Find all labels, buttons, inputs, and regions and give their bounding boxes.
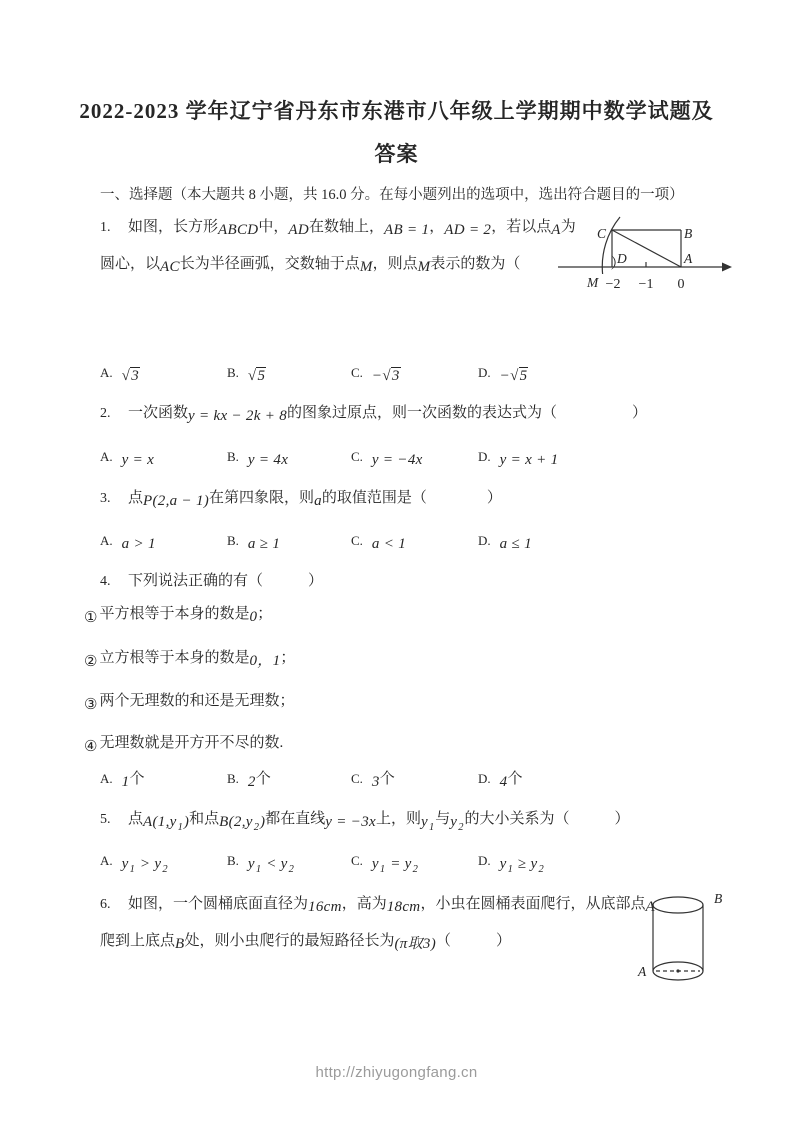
math-run: (π取3)	[395, 936, 437, 952]
label-B: B	[714, 891, 722, 906]
text-run: ，	[429, 219, 444, 235]
option-label: B.	[227, 365, 239, 380]
question-3-line-1: 3.点P(2,a − 1)在第四象限，则a的取值范围是（ ）	[100, 487, 502, 510]
option-label: C.	[351, 365, 363, 380]
math-run: y = −4x	[372, 452, 423, 468]
text-run: 圆心，以	[100, 256, 160, 272]
label-M: M	[586, 275, 599, 290]
math-run: y	[248, 856, 255, 872]
option-c: C.a < 1	[351, 530, 406, 552]
question-6-number: 6.	[100, 894, 128, 916]
radicand: 5	[256, 367, 266, 384]
text-run: 点	[128, 811, 143, 827]
text-run: ，小虫在圆桶表面爬行，从底部点	[420, 896, 645, 912]
text-run: 个	[380, 771, 395, 787]
question-4-item-2: ②立方根等于本身的数是0，1；	[84, 647, 295, 669]
question-5-options: A.y1 > y2B.y1 < y2C.y1 = y2D.y1 ≥ y2	[100, 850, 740, 878]
option-label: C.	[351, 853, 363, 868]
text-run: 处，则小虫爬行的最短路径长为	[184, 933, 394, 949]
question-1-line-2: 圆心，以AC长为半径画弧，交数轴于点M，则点M表示的数为（ ）	[100, 253, 625, 275]
math-run: y	[450, 814, 457, 830]
math-subscript: 2	[538, 864, 543, 875]
question-5-stem: 点A(1,y1)和点B(2,y2)都在直线y = −3x上，则y1与y2的大小关…	[128, 811, 629, 827]
text-run: 点	[128, 490, 143, 506]
option-b: B.y1 < y2	[227, 850, 295, 874]
tick-label-zero: 0	[678, 277, 685, 292]
question-6-stem: 如图，一个圆桶底面直径为16cm，高为18cm，小虫在圆桶表面爬行，从底部点A	[128, 896, 655, 915]
text-run: （ ）	[436, 933, 511, 949]
option-label: D.	[478, 771, 491, 786]
text-run: 都在直线	[265, 811, 325, 827]
radical-expression: −√5	[500, 368, 529, 384]
cylinder-top-ellipse	[653, 897, 703, 913]
math-run: 16cm	[308, 899, 342, 915]
text-run: 下列说法正确的有（ ）	[128, 573, 323, 589]
math-run: ≥ y	[514, 856, 538, 872]
option-label: C.	[351, 533, 363, 548]
text-run: 个	[129, 771, 144, 787]
question-6-line-2: 爬到上底点B处，则小虫爬行的最短路径长为(π取3)（ ）	[100, 930, 511, 952]
math-run: A(1,y	[143, 814, 177, 830]
option-label: D.	[478, 365, 491, 380]
math-run: M	[418, 259, 431, 275]
option-label: D.	[478, 449, 491, 464]
question-4-options: A.1个B.2个C.3个D.4个	[100, 768, 740, 796]
math-run: 4	[500, 774, 508, 790]
circled-number: ①	[84, 610, 97, 626]
text-run: 爬到上底点	[100, 933, 175, 949]
question-4-item-4: ④无理数就是开方开不尽的数.	[84, 732, 283, 754]
text-run: 个	[507, 771, 522, 787]
math-run: )	[184, 814, 189, 830]
question-5-number: 5.	[100, 809, 128, 831]
tick-label-neg1: −1	[639, 277, 654, 292]
math-run: P(2,a − 1)	[143, 493, 209, 509]
math-subscript: 2	[289, 864, 294, 875]
question-1-stem-continued: 圆心，以AC长为半径画弧，交数轴于点M，则点M表示的数为（ ）	[100, 256, 625, 275]
option-c: C.−√3	[351, 362, 401, 384]
math-run: )	[260, 814, 265, 830]
math-run: < y	[262, 856, 287, 872]
option-d: D.4个	[478, 768, 522, 790]
radical-expression: √3	[122, 368, 140, 384]
option-b: B.y = 4x	[227, 446, 288, 468]
math-run: > y	[136, 856, 161, 872]
label-D: D	[616, 251, 627, 266]
question-3-stem: 点P(2,a − 1)在第四象限，则a的取值范围是（ ）	[128, 490, 502, 509]
option-b: B.a ≥ 1	[227, 530, 280, 552]
math-run: y = x	[122, 452, 154, 468]
option-d: D.y = x + 1	[478, 446, 558, 468]
label-B: B	[684, 226, 692, 241]
text-run: 和点	[189, 811, 219, 827]
option-a: A.a > 1	[100, 530, 156, 552]
option-d: D.y1 ≥ y2	[478, 850, 545, 874]
math-run: y = kx − 2k + 8	[188, 408, 287, 424]
question-2-options: A.y = xB.y = 4xC.y = −4xD.y = x + 1	[100, 446, 740, 474]
radicand: 3	[391, 367, 401, 384]
question-5-line-1: 5.点A(1,y1)和点B(2,y2)都在直线y = −3x上，则y1与y2的大…	[100, 808, 629, 832]
math-run: y = 4x	[248, 452, 288, 468]
text-run: 平方根等于本身的数是	[99, 606, 249, 622]
text-run: ，则点	[373, 256, 418, 272]
math-run: AD = 2	[444, 222, 491, 238]
math-run: 1	[122, 774, 130, 790]
math-run: a	[314, 493, 322, 509]
circled-number: ④	[84, 739, 97, 755]
option-b: B.2个	[227, 768, 271, 790]
option-label: C.	[351, 771, 363, 786]
question-4-item-3: ③两个无理数的和还是无理数；	[84, 690, 294, 712]
math-subscript: 1	[130, 864, 135, 875]
document-title-line1: 2022-2023 学年辽宁省丹东市东港市八年级上学期期中数学试题及	[0, 100, 793, 122]
option-c: C.y1 = y2	[351, 850, 419, 874]
math-subscript: 2	[254, 822, 259, 833]
option-a: A.1个	[100, 768, 144, 790]
question-2-number: 2.	[100, 403, 128, 425]
math-subscript: 1	[178, 822, 183, 833]
math-run: y = x + 1	[500, 452, 559, 468]
cylinder-figure: B A	[630, 886, 737, 1000]
math-run: AD	[288, 222, 309, 238]
math-run: = y	[386, 856, 411, 872]
label-A: A	[683, 251, 693, 266]
math-run: y	[421, 814, 428, 830]
math-subscript: 2	[413, 864, 418, 875]
text-run: 长为半径画弧，交数轴于点	[180, 256, 360, 272]
circled-number: ③	[84, 697, 97, 713]
option-a: A.y = x	[100, 446, 154, 468]
question-2-line-1: 2.一次函数y = kx − 2k + 8的图象过原点，则一次函数的表达式为（ …	[100, 402, 647, 425]
math-run: a ≥ 1	[248, 536, 280, 552]
option-label: A.	[100, 449, 113, 464]
math-run: B(2,y	[219, 814, 253, 830]
document-title-line2: 答案	[0, 143, 793, 165]
text-run: ；	[257, 606, 272, 622]
question-4-number: 4.	[100, 571, 128, 593]
bottom-center-dot	[676, 969, 679, 972]
math-subscript: 1	[429, 822, 434, 833]
option-a: A.√3	[100, 362, 140, 384]
question-3-number: 3.	[100, 488, 128, 510]
math-run: y	[122, 856, 129, 872]
math-run: y = −3x	[325, 814, 376, 830]
question-6-line-1: 6.如图，一个圆桶底面直径为16cm，高为18cm，小虫在圆桶表面爬行，从底部点…	[100, 893, 655, 916]
text-run: ，若以点	[491, 219, 551, 235]
text-run: 如图，长方形	[128, 219, 218, 235]
math-run: ABCD	[218, 222, 258, 238]
option-c: C.3个	[351, 768, 395, 790]
math-run: 2	[248, 774, 256, 790]
math-subscript: 2	[458, 822, 463, 833]
math-subscript: 1	[508, 864, 513, 875]
question-1-number: 1.	[100, 217, 128, 239]
text-run: 无理数就是开方开不尽的数.	[99, 735, 283, 751]
option-label: C.	[351, 449, 363, 464]
question-2-stem: 一次函数y = kx − 2k + 8的图象过原点，则一次函数的表达式为（ ）	[128, 405, 647, 424]
math-run: M	[360, 259, 373, 275]
math-run: AB = 1	[384, 222, 429, 238]
question-4-stem: 下列说法正确的有（ ）	[128, 573, 323, 589]
text-run: 如图，一个圆桶底面直径为	[128, 896, 308, 912]
math-run: AC	[160, 259, 180, 275]
math-subscript: 1	[380, 864, 385, 875]
tick-label-neg2: −2	[606, 277, 621, 292]
question-6-stem-continued: 爬到上底点B处，则小虫爬行的最短路径长为(π取3)（ ）	[100, 933, 511, 952]
question-1-stem: 如图，长方形ABCD中，AD在数轴上，AB = 1，AD = 2，若以点A为	[128, 219, 576, 238]
text-run: 上，则	[376, 811, 421, 827]
text-run: 一次函数	[128, 405, 188, 421]
section-header: 一、选择题（本大题共 8 小题，共 16.0 分。在每小题列出的选项中，选出符合…	[100, 184, 684, 206]
math-run: 0	[249, 609, 257, 625]
text-run: 的取值范围是（ ）	[322, 490, 502, 506]
question-4-line-1: 4.下列说法正确的有（ ）	[100, 570, 323, 593]
question-3-options: A.a > 1B.a ≥ 1C.a < 1D.a ≤ 1	[100, 530, 740, 558]
option-label: B.	[227, 449, 239, 464]
math-run: y	[372, 856, 379, 872]
math-run: 3	[372, 774, 380, 790]
question-4-item-1: ①平方根等于本身的数是0；	[84, 603, 272, 625]
option-a: A.y1 > y2	[100, 850, 169, 874]
math-run: B	[175, 936, 184, 952]
label-A: A	[637, 964, 647, 979]
radicand: 5	[519, 367, 529, 384]
math-run: a < 1	[372, 536, 406, 552]
text-run: 个	[256, 771, 271, 787]
option-label: B.	[227, 771, 239, 786]
option-label: A.	[100, 365, 113, 380]
circled-number: ②	[84, 654, 97, 670]
label-C: C	[597, 226, 607, 241]
math-run: 0，1	[249, 653, 280, 669]
text-run: 中，	[258, 219, 288, 235]
text-run: 的图象过原点，则一次函数的表达式为（ ）	[287, 405, 647, 421]
axis-arrowhead	[722, 263, 732, 272]
math-run: a ≤ 1	[500, 536, 532, 552]
text-run: ；	[280, 650, 295, 666]
option-label: D.	[478, 533, 491, 548]
text-run: 两个无理数的和还是无理数；	[99, 693, 294, 709]
option-d: D.−√5	[478, 362, 528, 384]
text-run: 在第四象限，则	[209, 490, 314, 506]
numberline-figure: C B D A M −2 −1 0	[556, 210, 734, 300]
radical-expression: √5	[248, 368, 266, 384]
option-d: D.a ≤ 1	[478, 530, 532, 552]
text-run: 的大小关系为（ ）	[464, 811, 629, 827]
question-1-options: A.√3B.√5C.−√3D.−√5	[100, 362, 740, 390]
text-run: 在数轴上，	[309, 219, 384, 235]
option-label: B.	[227, 853, 239, 868]
exam-document-page: 2022-2023 学年辽宁省丹东市东港市八年级上学期期中数学试题及 答案 一、…	[0, 0, 793, 1122]
text-run: ，高为	[342, 896, 387, 912]
question-1-line-1: 1.如图，长方形ABCD中，AD在数轴上，AB = 1，AD = 2，若以点A为	[100, 216, 576, 239]
math-run: 18cm	[387, 899, 421, 915]
option-b: B.√5	[227, 362, 266, 384]
math-run: y	[500, 856, 507, 872]
option-label: A.	[100, 853, 113, 868]
math-subscript: 2	[162, 864, 167, 875]
option-c: C.y = −4x	[351, 446, 423, 468]
option-label: D.	[478, 853, 491, 868]
text-run: 与	[435, 811, 450, 827]
math-run: a > 1	[122, 536, 156, 552]
footer-url: http://zhiyugongfang.cn	[0, 1062, 793, 1084]
radicand: 3	[130, 367, 140, 384]
radical-expression: −√3	[372, 368, 401, 384]
math-subscript: 1	[256, 864, 261, 875]
text-run: 立方根等于本身的数是	[99, 650, 249, 666]
option-label: A.	[100, 533, 113, 548]
option-label: A.	[100, 771, 113, 786]
option-label: B.	[227, 533, 239, 548]
